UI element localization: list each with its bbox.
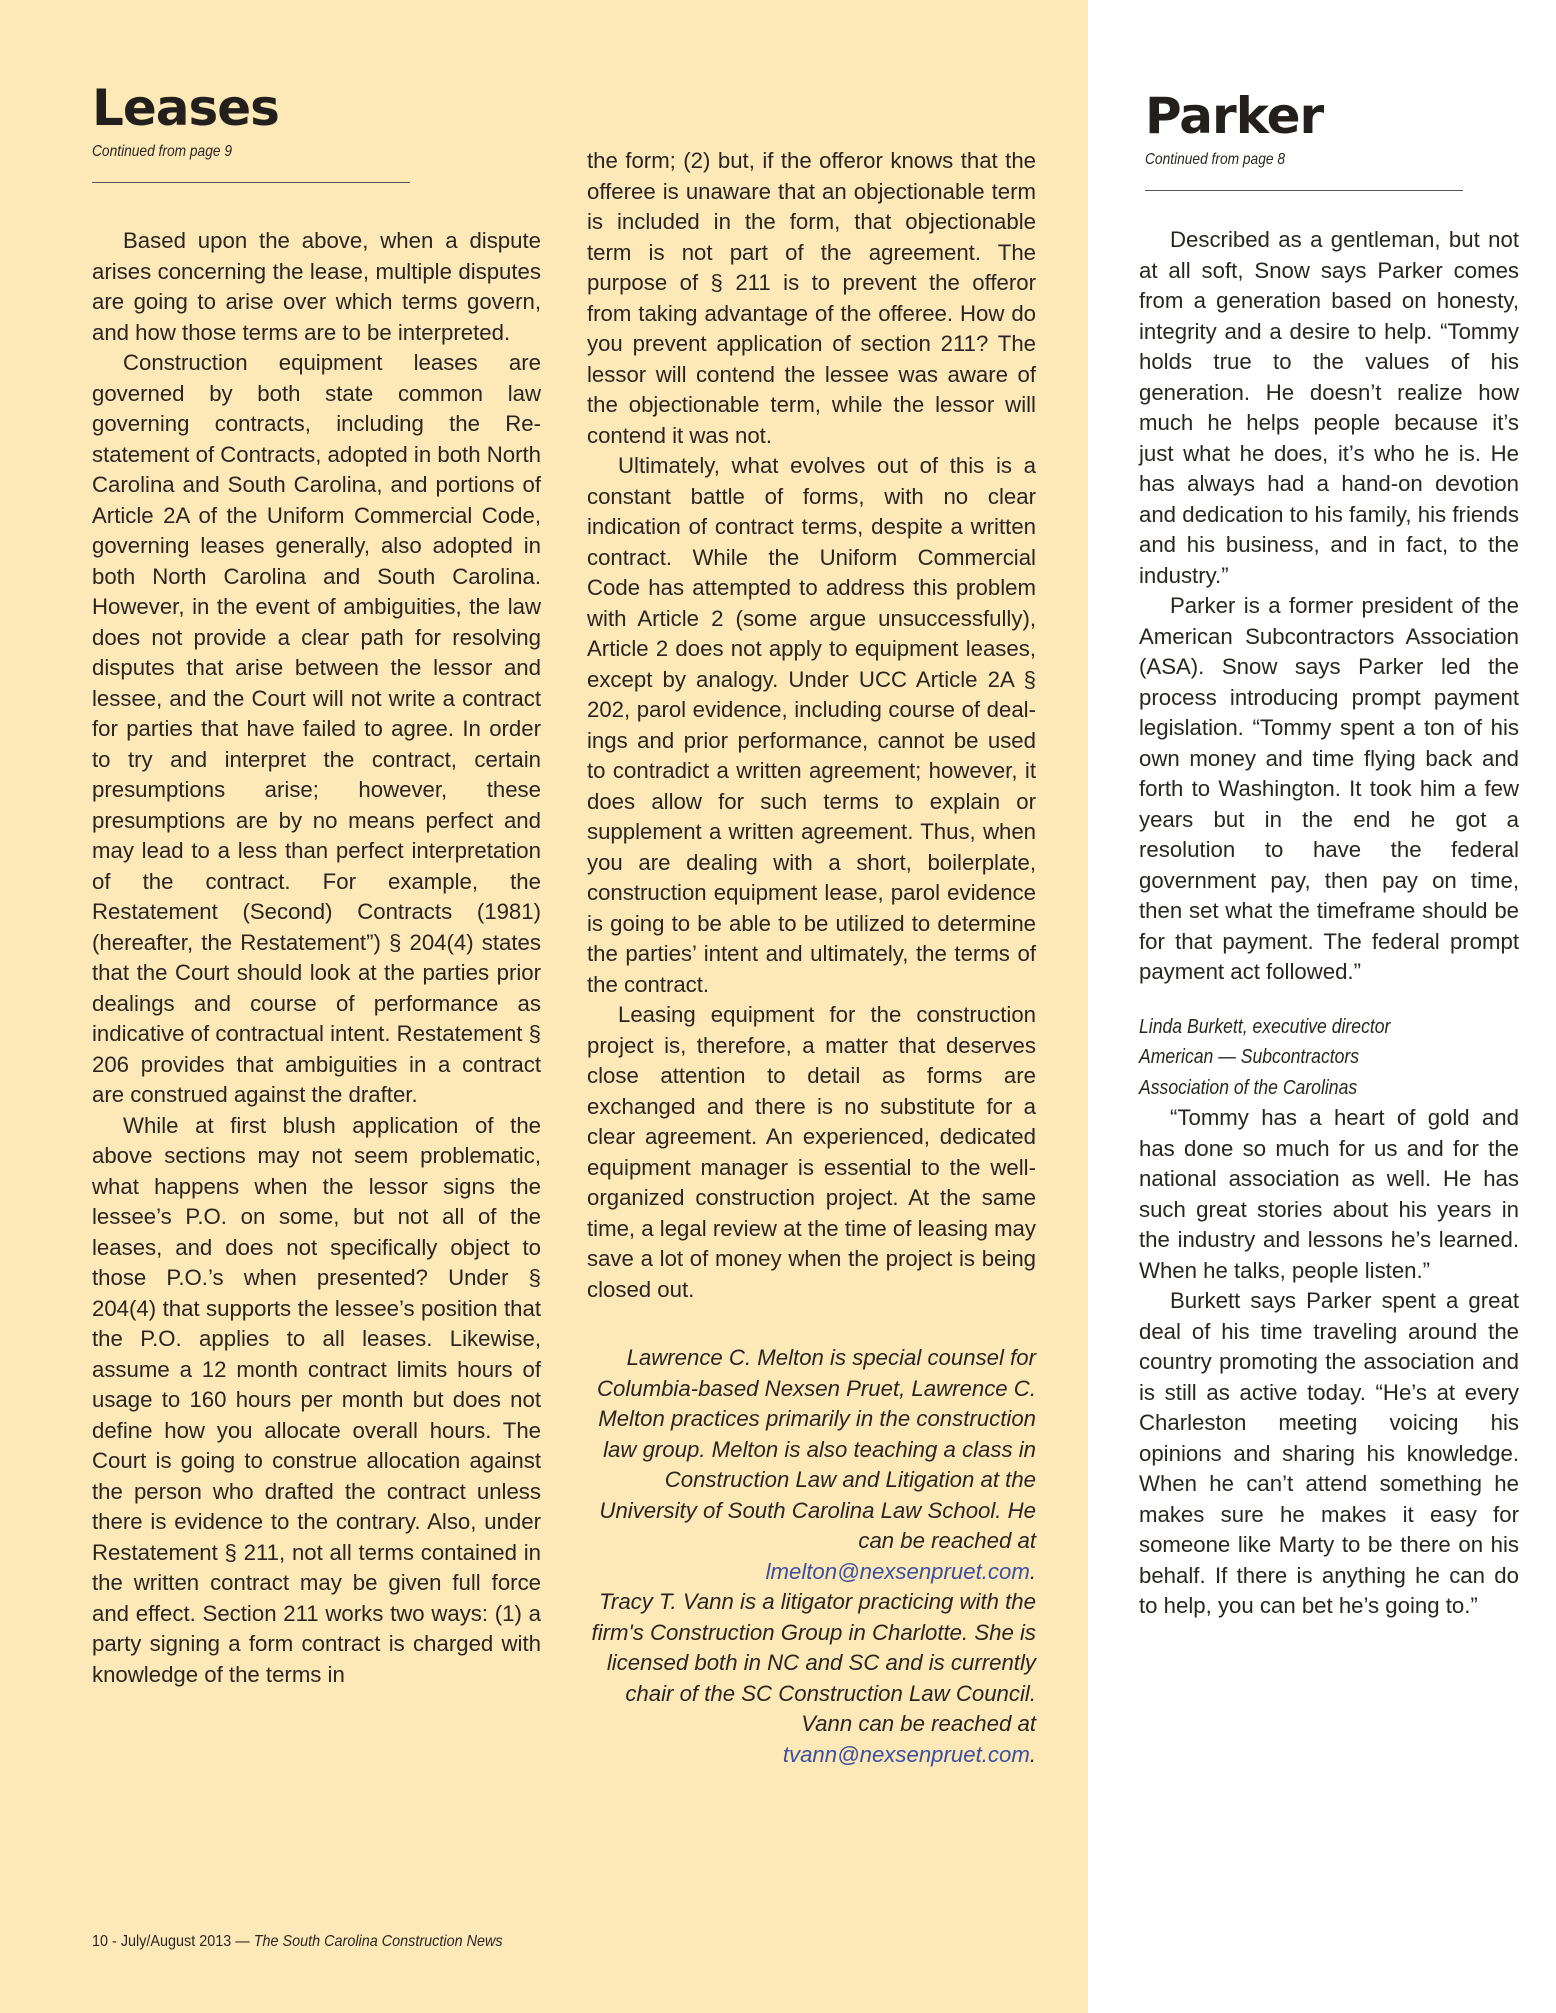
paragraph: Based upon the above, when a dis­pute ar… bbox=[92, 226, 541, 348]
parker-body-bottom: “Tommy has a heart of gold and has done … bbox=[1139, 1103, 1519, 1622]
leases-headline: Leases bbox=[92, 80, 541, 136]
author-bio: Lawrence C. Melton is special coun­sel f… bbox=[587, 1343, 1036, 1770]
parker-body-top: Described as a gentleman, but not at all… bbox=[1139, 225, 1519, 988]
melton-email-link[interactable]: lmelton@nexsenpruet.com bbox=[766, 1559, 1030, 1584]
paragraph: Described as a gentleman, but not at all… bbox=[1139, 225, 1519, 591]
leases-column-middle: the form; (2) but, if the offeror knows … bbox=[587, 146, 1036, 1770]
melton-bio: Lawrence C. Melton is special coun­sel f… bbox=[587, 1343, 1036, 1587]
vann-email-link[interactable]: tvann@nexsenpruet.com bbox=[783, 1742, 1030, 1767]
paragraph: Ultimately, what evolves out of this is … bbox=[587, 451, 1036, 1000]
paragraph: While at first blush application of the … bbox=[92, 1111, 541, 1691]
paragraph: the form; (2) but, if the offeror knows … bbox=[587, 146, 1036, 451]
vann-bio: Tracy T. Vann is a litigator practicing … bbox=[587, 1587, 1036, 1770]
parker-continued-note: Continued from page 8 bbox=[1145, 150, 1467, 170]
parker-headline: Parker bbox=[1145, 88, 1519, 144]
leases-body-middle: the form; (2) but, if the offeror knows … bbox=[587, 146, 1036, 1305]
paragraph: Construction equipment leases are govern… bbox=[92, 348, 541, 1111]
parker-divider bbox=[1145, 190, 1463, 191]
page-number: 10 bbox=[92, 1933, 108, 1950]
paragraph: Burkett says Parker spent a great deal o… bbox=[1139, 1286, 1519, 1622]
paragraph: Leasing equipment for the construc­tion … bbox=[587, 1000, 1036, 1305]
quote-attribution: Linda Burkett, executive director Americ… bbox=[1139, 1012, 1517, 1104]
publication-name: The South Carolina Construction News bbox=[254, 1933, 503, 1950]
parker-column: Parker Continued from page 8 Described a… bbox=[1139, 88, 1519, 1622]
leases-column-left: Leases Continued from page 9 Based upon … bbox=[92, 80, 541, 1690]
leases-divider bbox=[92, 182, 410, 183]
leases-body-left: Based upon the above, when a dis­pute ar… bbox=[92, 226, 541, 1690]
page-footer: 10 - July/August 2013 — The South Caroli… bbox=[92, 1932, 503, 1952]
leases-continued-note: Continued from page 9 bbox=[92, 142, 478, 162]
issue-date: July/August 2013 bbox=[121, 1933, 231, 1950]
paragraph: “Tommy has a heart of gold and has done … bbox=[1139, 1103, 1519, 1286]
paragraph: Parker is a former president of the Amer… bbox=[1139, 591, 1519, 988]
